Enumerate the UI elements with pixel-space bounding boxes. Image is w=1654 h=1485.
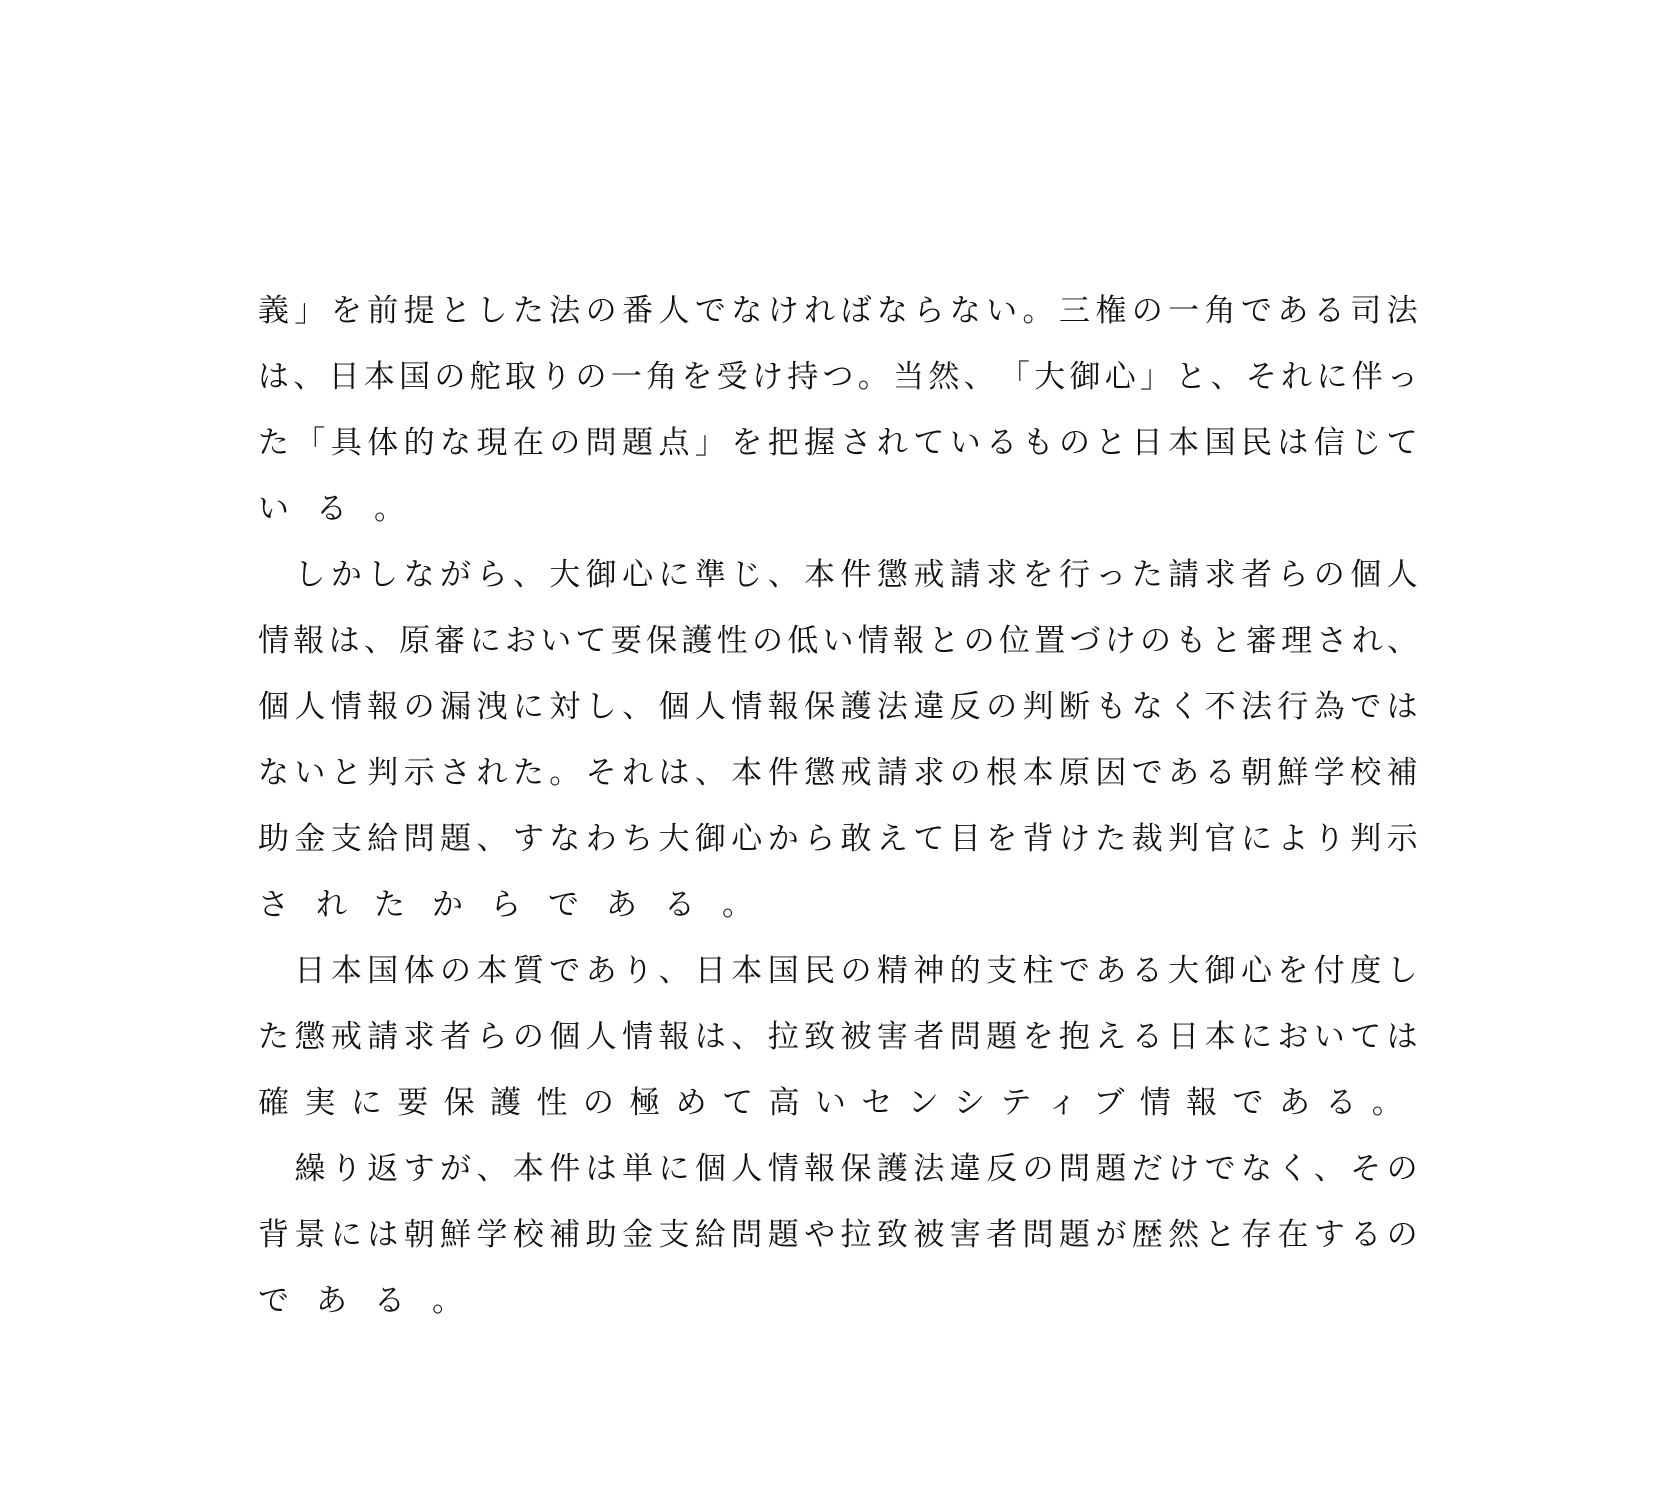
glyph: 舵: [470, 355, 501, 399]
glyph: で: [258, 1279, 316, 1323]
glyph: 一: [1168, 289, 1199, 333]
glyph: 報: [1186, 1081, 1232, 1125]
glyph: 角: [1205, 289, 1236, 333]
glyph: あ: [1095, 949, 1126, 993]
glyph: 人: [294, 685, 325, 729]
glyph: で: [695, 289, 726, 333]
glyph: 題: [768, 1213, 799, 1257]
glyph: え: [1095, 1015, 1126, 1059]
glyph: 護: [490, 1081, 536, 1125]
glyph: 現: [476, 421, 507, 465]
glyph: 件: [841, 553, 872, 597]
glyph: 問: [950, 1015, 981, 1059]
glyph: 本: [513, 1147, 544, 1191]
glyph: 把: [768, 421, 799, 465]
glyph: 御: [1205, 949, 1236, 993]
glyph: け: [1105, 619, 1136, 663]
glyph: テ: [1001, 1081, 1047, 1125]
glyph: [258, 553, 289, 597]
glyph: 背: [258, 1213, 289, 1257]
glyph: た: [1095, 817, 1126, 861]
glyph: 判: [367, 751, 398, 795]
glyph: て: [1350, 1015, 1381, 1059]
glyph: れ: [316, 883, 374, 927]
glyph: 心: [731, 817, 762, 861]
glyph: 法: [913, 1147, 944, 1191]
glyph: 、: [1211, 355, 1242, 399]
glyph: 付: [1314, 949, 1345, 993]
glyph: さ: [258, 883, 316, 927]
glyph: 歴: [1132, 1213, 1163, 1257]
glyph: 人: [731, 1147, 762, 1191]
glyph: 懲: [877, 553, 908, 597]
glyph: い: [950, 421, 981, 465]
glyph: 補: [549, 1213, 580, 1257]
glyph: 本: [1168, 421, 1199, 465]
glyph: 者: [913, 1015, 944, 1059]
glyph: 判: [1168, 817, 1199, 861]
glyph: で: [1233, 1081, 1279, 1125]
glyph: 大: [1034, 355, 1065, 399]
glyph: さ: [440, 751, 471, 795]
glyph: 請: [1168, 553, 1199, 597]
text-line: ないと判示された。それは、本件懲戒請求の根本原因である朝鮮学校補: [258, 740, 1418, 806]
glyph: 根: [986, 751, 1017, 795]
glyph: 学: [476, 1213, 507, 1257]
glyph: 請: [367, 1015, 398, 1059]
glyph: 人: [658, 289, 689, 333]
glyph: 伴: [1352, 355, 1383, 399]
glyph: 反: [950, 685, 981, 729]
glyph: よ: [1277, 817, 1308, 861]
glyph: 理: [1281, 619, 1312, 663]
glyph: 保: [841, 1147, 872, 1191]
glyph: し: [367, 553, 398, 597]
glyph: 背: [1023, 817, 1054, 861]
glyph: 具: [331, 421, 362, 465]
glyph: 示: [404, 751, 435, 795]
glyph: 存: [1241, 1213, 1272, 1257]
glyph: は: [258, 355, 289, 399]
glyph: 抱: [1059, 1015, 1090, 1059]
glyph: 握: [804, 421, 835, 465]
glyph: れ: [622, 751, 653, 795]
glyph: あ: [606, 883, 664, 927]
glyph: 義: [258, 289, 289, 333]
glyph: の: [1387, 1213, 1418, 1257]
glyph: も: [1023, 421, 1054, 465]
glyph: お: [505, 619, 536, 663]
glyph: と: [1175, 355, 1206, 399]
glyph: れ: [804, 289, 835, 333]
glyph: な: [1132, 685, 1163, 729]
glyph: 置: [1034, 619, 1065, 663]
glyph: れ: [1281, 355, 1312, 399]
glyph: は: [1277, 421, 1308, 465]
glyph: 」: [294, 289, 325, 333]
glyph: 、: [513, 553, 544, 597]
glyph: 国: [768, 949, 799, 993]
glyph: あ: [1279, 1081, 1325, 1125]
glyph: 民: [804, 949, 835, 993]
glyph: し: [294, 553, 325, 597]
glyph: ら: [476, 1015, 507, 1059]
document-page: 義」を前提とした法の番人でなければならない。三権の一角である司法 は、日本国の舵…: [0, 0, 1654, 1485]
glyph: 景: [294, 1213, 325, 1257]
glyph: 者: [1241, 553, 1272, 597]
glyph: 件: [768, 751, 799, 795]
glyph: 個: [549, 1015, 580, 1059]
glyph: 「: [999, 355, 1030, 399]
glyph: し: [476, 289, 507, 333]
glyph: で: [1132, 751, 1163, 795]
text-line: 確実に要保護性の極めて高いセンシティブ情報である。: [258, 1070, 1418, 1136]
glyph: 本: [476, 949, 507, 993]
glyph: を: [1023, 553, 1054, 597]
glyph: れ: [877, 421, 908, 465]
glyph: て: [913, 817, 944, 861]
glyph: 報: [658, 1015, 689, 1059]
glyph: シ: [954, 1081, 1000, 1125]
glyph: た: [1132, 553, 1163, 597]
glyph: を: [331, 289, 362, 333]
glyph: に: [1241, 1015, 1272, 1059]
glyph: り: [331, 1147, 362, 1191]
glyph: 国: [1205, 421, 1236, 465]
glyph: と: [331, 751, 362, 795]
glyph: 御: [1069, 355, 1100, 399]
glyph: 報: [768, 685, 799, 729]
glyph: 日: [1168, 1015, 1199, 1059]
glyph: 保: [646, 619, 677, 663]
glyph: 返: [367, 1147, 398, 1191]
glyph: と: [1095, 421, 1126, 465]
glyph: な: [258, 751, 289, 795]
glyph: る: [1132, 1015, 1163, 1059]
glyph: 違: [950, 1147, 981, 1191]
glyph: に: [658, 553, 689, 597]
glyph: 本: [1023, 751, 1054, 795]
glyph: 違: [913, 685, 944, 729]
glyph: 性: [536, 1081, 582, 1125]
glyph: り: [1314, 817, 1345, 861]
glyph: が: [440, 1147, 471, 1191]
glyph: 民: [1241, 421, 1272, 465]
glyph: 者: [986, 1213, 1017, 1257]
glyph: も: [1095, 685, 1126, 729]
glyph: 朝: [1241, 751, 1272, 795]
glyph: す: [404, 1147, 435, 1191]
glyph: 、: [731, 1015, 762, 1059]
glyph: そ: [1350, 1147, 1381, 1191]
glyph: 日: [695, 949, 726, 993]
glyph: 朝: [404, 1213, 435, 1257]
glyph: 人: [1387, 553, 1418, 597]
glyph: 学: [1314, 751, 1345, 795]
glyph: と: [1205, 1213, 1236, 1257]
glyph: 、: [476, 817, 507, 861]
glyph: 敢: [841, 817, 872, 861]
glyph: り: [622, 949, 653, 993]
glyph: た: [258, 421, 289, 465]
glyph: 精: [877, 949, 908, 993]
glyph: 権: [1095, 289, 1126, 333]
glyph: の: [549, 421, 580, 465]
glyph: 原: [399, 619, 430, 663]
glyph: く: [1168, 685, 1199, 729]
glyph: い: [815, 1081, 861, 1125]
glyph: 。: [722, 883, 780, 927]
glyph: 、: [1387, 619, 1418, 663]
glyph: 性: [717, 619, 748, 663]
glyph: で: [1350, 685, 1381, 729]
glyph: た: [513, 751, 544, 795]
glyph: 校: [513, 1213, 544, 1257]
glyph: 。: [374, 487, 432, 531]
glyph: の: [583, 1081, 629, 1125]
glyph: い: [294, 751, 325, 795]
glyph: 保: [804, 685, 835, 729]
glyph: る: [1132, 949, 1163, 993]
glyph: 情: [331, 685, 362, 729]
glyph: 被: [913, 1213, 944, 1257]
glyph: [258, 1147, 289, 1191]
glyph: 要: [397, 1081, 443, 1125]
glyph: 心: [622, 553, 653, 597]
glyph: え: [877, 817, 908, 861]
glyph: 者: [440, 1015, 471, 1059]
glyph: は: [367, 1213, 398, 1257]
glyph: 確: [258, 1081, 304, 1125]
glyph: 御: [695, 817, 726, 861]
glyph: ら: [804, 817, 835, 861]
glyph: 。: [1372, 1081, 1418, 1125]
glyph: が: [440, 553, 471, 597]
glyph: さ: [1316, 619, 1347, 663]
glyph: な: [877, 289, 908, 333]
glyph: 日: [1132, 421, 1163, 465]
glyph: 体: [367, 421, 398, 465]
glyph: 御: [586, 553, 617, 597]
glyph: 金: [294, 817, 325, 861]
glyph: つ: [823, 355, 854, 399]
paragraph-start-line: 繰り返すが、本件は単に個人情報保護法違反の問題だけでなく、その: [258, 1136, 1418, 1202]
glyph: 取: [505, 355, 536, 399]
glyph: 支: [658, 1213, 689, 1257]
glyph: 。: [549, 751, 580, 795]
glyph: 信: [1314, 421, 1345, 465]
glyph: す: [1314, 1213, 1345, 1257]
glyph: 、: [964, 355, 995, 399]
glyph: 報: [293, 619, 324, 663]
glyph: け: [768, 289, 799, 333]
glyph: 然: [1168, 1213, 1199, 1257]
glyph: 懲: [294, 1015, 325, 1059]
glyph: そ: [1246, 355, 1277, 399]
text-line: 助金支給問題、すなわち大御心から敢えて目を背けた裁判官により判示: [258, 806, 1418, 872]
glyph: 助: [258, 817, 289, 861]
glyph: か: [768, 817, 799, 861]
glyph: 柱: [1023, 949, 1054, 993]
glyph: の: [576, 355, 607, 399]
glyph: 問: [1059, 1147, 1090, 1191]
glyph: た: [374, 883, 432, 927]
glyph: 助: [586, 1213, 617, 1257]
glyph: で: [548, 883, 606, 927]
glyph: だ: [1132, 1147, 1163, 1191]
glyph: る: [1325, 1081, 1371, 1125]
glyph: に: [1316, 355, 1347, 399]
glyph: じ: [731, 553, 762, 597]
glyph: あ: [1168, 751, 1199, 795]
glyph: 位: [999, 619, 1030, 663]
glyph: 日: [294, 949, 325, 993]
glyph: 求: [986, 553, 1017, 597]
glyph: 要: [611, 619, 642, 663]
glyph: の: [1023, 1147, 1054, 1191]
glyph: 護: [841, 685, 872, 729]
glyph: け: [1168, 1147, 1199, 1191]
glyph: に: [658, 1147, 689, 1191]
glyph: 題: [622, 421, 653, 465]
glyph: け: [752, 355, 783, 399]
glyph: 裁: [1132, 817, 1163, 861]
glyph: 給: [367, 817, 398, 861]
glyph: し: [1387, 949, 1418, 993]
glyph: 問: [731, 1213, 762, 1257]
glyph: る: [986, 421, 1017, 465]
glyph: を: [731, 421, 762, 465]
glyph: を: [986, 817, 1017, 861]
glyph: は: [329, 619, 360, 663]
glyph: 洩: [476, 685, 507, 729]
glyph: 原: [1059, 751, 1090, 795]
glyph: い: [823, 619, 854, 663]
text-line: いる。: [258, 476, 1418, 542]
glyph: 国: [399, 355, 430, 399]
glyph: ィ: [1047, 1081, 1093, 1125]
glyph: 一: [611, 355, 642, 399]
glyph: て: [913, 421, 944, 465]
glyph: 高: [768, 1081, 814, 1125]
glyph: 請: [950, 553, 981, 597]
glyph: づ: [1069, 619, 1100, 663]
glyph: 極: [629, 1081, 675, 1125]
glyph: 目: [950, 817, 981, 861]
glyph: 拉: [768, 1015, 799, 1059]
glyph: ら: [490, 883, 548, 927]
glyph: 単: [622, 1147, 653, 1191]
glyph: さ: [841, 421, 872, 465]
glyph: 、: [622, 685, 653, 729]
glyph: と: [928, 619, 959, 663]
glyph: 法: [1241, 685, 1272, 729]
glyph: 護: [681, 619, 712, 663]
glyph: お: [1277, 1015, 1308, 1059]
glyph: て: [576, 619, 607, 663]
glyph: 本: [804, 553, 835, 597]
glyph: や: [804, 1213, 835, 1257]
glyph: 問: [1023, 1213, 1054, 1257]
glyph: 然: [928, 355, 959, 399]
glyph: 害: [950, 1213, 981, 1257]
glyph: で: [1059, 949, 1090, 993]
glyph: 、: [364, 619, 395, 663]
glyph: 判: [1023, 685, 1054, 729]
glyph: 本: [364, 355, 395, 399]
glyph: に: [331, 1213, 362, 1257]
glyph: は: [1387, 685, 1418, 729]
text-line: 個人情報の漏洩に対し、個人情報保護法違反の判断もなく不法行為では: [258, 674, 1418, 740]
glyph: が: [1095, 1213, 1126, 1257]
glyph: そ: [586, 751, 617, 795]
glyph: 低: [787, 619, 818, 663]
glyph: ら: [476, 553, 507, 597]
glyph: は: [658, 751, 689, 795]
glyph: 題: [986, 1015, 1017, 1059]
glyph: の: [964, 619, 995, 663]
glyph: 保: [444, 1081, 490, 1125]
glyph: を: [681, 355, 712, 399]
glyph: 法: [1387, 289, 1418, 333]
glyph: る: [316, 487, 374, 531]
glyph: ち: [622, 817, 653, 861]
glyph: 戒: [331, 1015, 362, 1059]
glyph: 因: [1095, 751, 1126, 795]
glyph: っ: [1095, 553, 1126, 597]
glyph: 戒: [841, 751, 872, 795]
glyph: の: [1140, 619, 1171, 663]
glyph: 法: [877, 685, 908, 729]
glyph: 支: [331, 817, 362, 861]
glyph: と: [440, 289, 471, 333]
text-line: 情報は、原審において要保護性の低い情報との位置づけのもと審理され、: [258, 608, 1418, 674]
glyph: ら: [1277, 553, 1308, 597]
glyph: 示: [1387, 817, 1418, 861]
glyph: て: [1387, 421, 1418, 465]
glyph: 審: [1246, 619, 1277, 663]
glyph: 度: [1350, 949, 1381, 993]
glyph: 個: [695, 1147, 726, 1191]
glyph: 補: [1387, 751, 1418, 795]
glyph: 報: [367, 685, 398, 729]
glyph: の: [513, 1015, 544, 1059]
glyph: 致: [877, 1213, 908, 1257]
glyph: 大: [1168, 949, 1199, 993]
glyph: 的: [404, 421, 435, 465]
glyph: 本: [1205, 1015, 1236, 1059]
glyph: 提: [404, 289, 435, 333]
glyph: 「: [294, 421, 325, 465]
glyph: 当: [893, 355, 924, 399]
glyph: れ: [1352, 619, 1383, 663]
glyph: 個: [258, 685, 289, 729]
glyph: 請: [877, 751, 908, 795]
glyph: で: [1241, 289, 1272, 333]
glyph: の: [1387, 1147, 1418, 1191]
glyph: 日: [329, 355, 360, 399]
glyph: 体: [404, 949, 435, 993]
glyph: ブ: [1093, 1081, 1139, 1125]
glyph: 国: [367, 949, 398, 993]
glyph: の: [752, 619, 783, 663]
glyph: る: [664, 883, 722, 927]
glyph: セ: [861, 1081, 907, 1125]
glyph: 神: [913, 949, 944, 993]
glyph: 給: [695, 1213, 726, 1257]
glyph: 情: [258, 619, 289, 663]
glyph: に: [1241, 817, 1272, 861]
